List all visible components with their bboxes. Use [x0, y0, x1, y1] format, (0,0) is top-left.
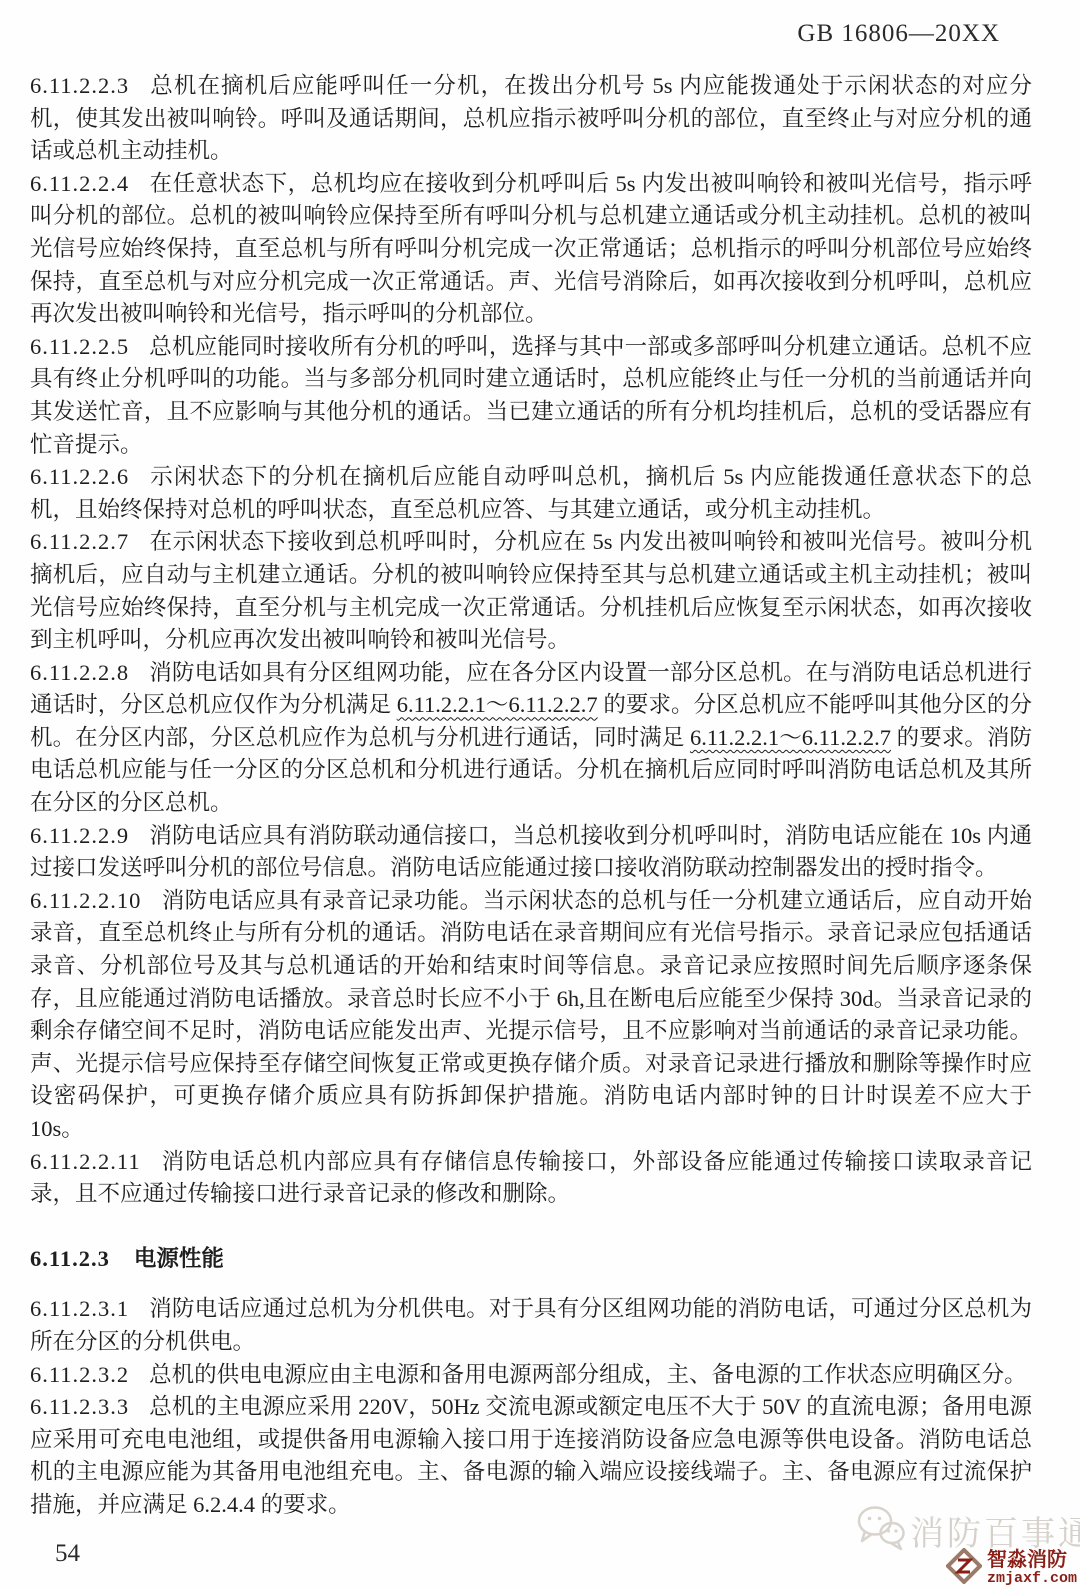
- clause-paragraph: 6.11.2.2.9消防电话应具有消防联动通信接口，当总机接收到分机呼叫时，消防…: [30, 820, 1032, 885]
- cross-reference: 6.11.2.2.1～6.11.2.2.7: [690, 725, 891, 750]
- chat-bubbles-icon: [856, 1504, 906, 1557]
- clause-paragraph: 6.11.2.2.5总机应能同时接收所有分机的呼叫，选择与其中一部或多部呼叫分机…: [30, 331, 1032, 461]
- watermark-brand-name: 智淼消防: [987, 1550, 1077, 1571]
- clause-number: 6.11.2.2.8: [30, 660, 129, 685]
- watermark-brand: 智淼消防 zmjaxf.com: [946, 1548, 1077, 1589]
- clause-text: 示闲状态下的分机在摘机后应能自动呼叫总机，摘机后 5s 内应能拨通任意状态下的总…: [30, 464, 1032, 522]
- clause-text: 消防电话应通过总机为分机供电。对于具有分区组网功能的消防电话，可通过分区总机为所…: [30, 1296, 1032, 1354]
- clause-number: 6.11.2.2.3: [30, 73, 129, 98]
- clause-paragraph: 6.11.2.3.3总机的主电源应采用 220V，50Hz 交流电源或额定电压不…: [30, 1391, 1032, 1521]
- clause-text: 总机的主电源应采用 220V，50Hz 交流电源或额定电压不大于 50V 的直流…: [30, 1394, 1032, 1517]
- clause-text: 消防电话总机内部应具有存储信息传输接口，外部设备应能通过传输接口读取录音记录，且…: [30, 1149, 1032, 1207]
- clause-number: 6.11.2.2.10: [30, 888, 141, 913]
- clause-paragraph: 6.11.2.2.3总机在摘机后应能呼叫任一分机，在拨出分机号 5s 内应能拨通…: [30, 70, 1032, 168]
- clause-text: 总机的供电电源应由主电源和备用电源两部分组成，主、备电源的工作状态应明确区分。: [149, 1362, 1027, 1387]
- section-title: 电源性能: [134, 1246, 224, 1271]
- clause-number: 6.11.2.2.7: [30, 529, 129, 554]
- clause-text: 消防电话应具有消防联动通信接口，当总机接收到分机呼叫时，消防电话应能在 10s …: [30, 823, 1032, 881]
- clause-number: 6.11.2.2.4: [30, 171, 129, 196]
- clause-number: 6.11.2.3.2: [30, 1362, 129, 1387]
- clause-paragraph: 6.11.2.3.1消防电话应通过总机为分机供电。对于具有分区组网功能的消防电话…: [30, 1293, 1032, 1358]
- diamond-logo-icon: [946, 1548, 982, 1589]
- clause-paragraph: 6.11.2.2.6示闲状态下的分机在摘机后应能自动呼叫总机，摘机后 5s 内应…: [30, 461, 1032, 526]
- clause-paragraph: 6.11.2.2.8消防电话如具有分区组网功能，应在各分区内设置一部分区总机。在…: [30, 657, 1032, 820]
- section-number: 6.11.2.3: [30, 1246, 110, 1271]
- section-heading: 6.11.2.3电源性能: [30, 1243, 1032, 1276]
- clause-text: 总机应能同时接收所有分机的呼叫，选择与其中一部或多部呼叫分机建立通话。总机不应具…: [30, 334, 1032, 457]
- watermark-brand-url: zmjaxf.com: [987, 1571, 1077, 1587]
- running-header: GB 16806—20XX: [797, 20, 1000, 48]
- clause-number: 6.11.2.2.6: [30, 464, 129, 489]
- clause-number: 6.11.2.3.3: [30, 1394, 129, 1419]
- clause-text: 消防电话应具有录音记录功能。当示闲状态的总机与任一分机建立通话后，应自动开始录音…: [30, 888, 1032, 1141]
- clause-paragraph: 6.11.2.2.10消防电话应具有录音记录功能。当示闲状态的总机与任一分机建立…: [30, 885, 1032, 1146]
- clause-paragraph: 6.11.2.3.2总机的供电电源应由主电源和备用电源两部分组成，主、备电源的工…: [30, 1359, 1032, 1392]
- clause-paragraph: 6.11.2.2.4在任意状态下，总机均应在接收到分机呼叫后 5s 内发出被叫响…: [30, 168, 1032, 331]
- document-page: GB 16806—20XX 6.11.2.2.3总机在摘机后应能呼叫任一分机，在…: [0, 0, 1080, 1589]
- page-number: 54: [55, 1540, 80, 1568]
- clause-text: 在任意状态下，总机均应在接收到分机呼叫后 5s 内发出被叫响铃和被叫光信号，指示…: [30, 171, 1032, 326]
- clause-number: 6.11.2.2.9: [30, 823, 129, 848]
- clause-number: 6.11.2.3.1: [30, 1296, 129, 1321]
- clause-number: 6.11.2.2.11: [30, 1149, 141, 1174]
- clause-number: 6.11.2.2.5: [30, 334, 129, 359]
- clause-paragraph: 6.11.2.2.11消防电话总机内部应具有存储信息传输接口，外部设备应能通过传…: [30, 1146, 1032, 1211]
- clause-text: 在示闲状态下接收到总机呼叫时，分机应在 5s 内发出被叫响铃和被叫光信号。被叫分…: [30, 529, 1032, 652]
- cross-reference: 6.11.2.2.1～6.11.2.2.7: [397, 692, 598, 717]
- clause-paragraph: 6.11.2.2.7在示闲状态下接收到总机呼叫时，分机应在 5s 内发出被叫响铃…: [30, 526, 1032, 656]
- clause-text: 总机在摘机后应能呼叫任一分机，在拨出分机号 5s 内应能拨通处于示闲状态的对应分…: [30, 73, 1032, 163]
- document-body: 6.11.2.2.3总机在摘机后应能呼叫任一分机，在拨出分机号 5s 内应能拨通…: [30, 70, 1032, 1522]
